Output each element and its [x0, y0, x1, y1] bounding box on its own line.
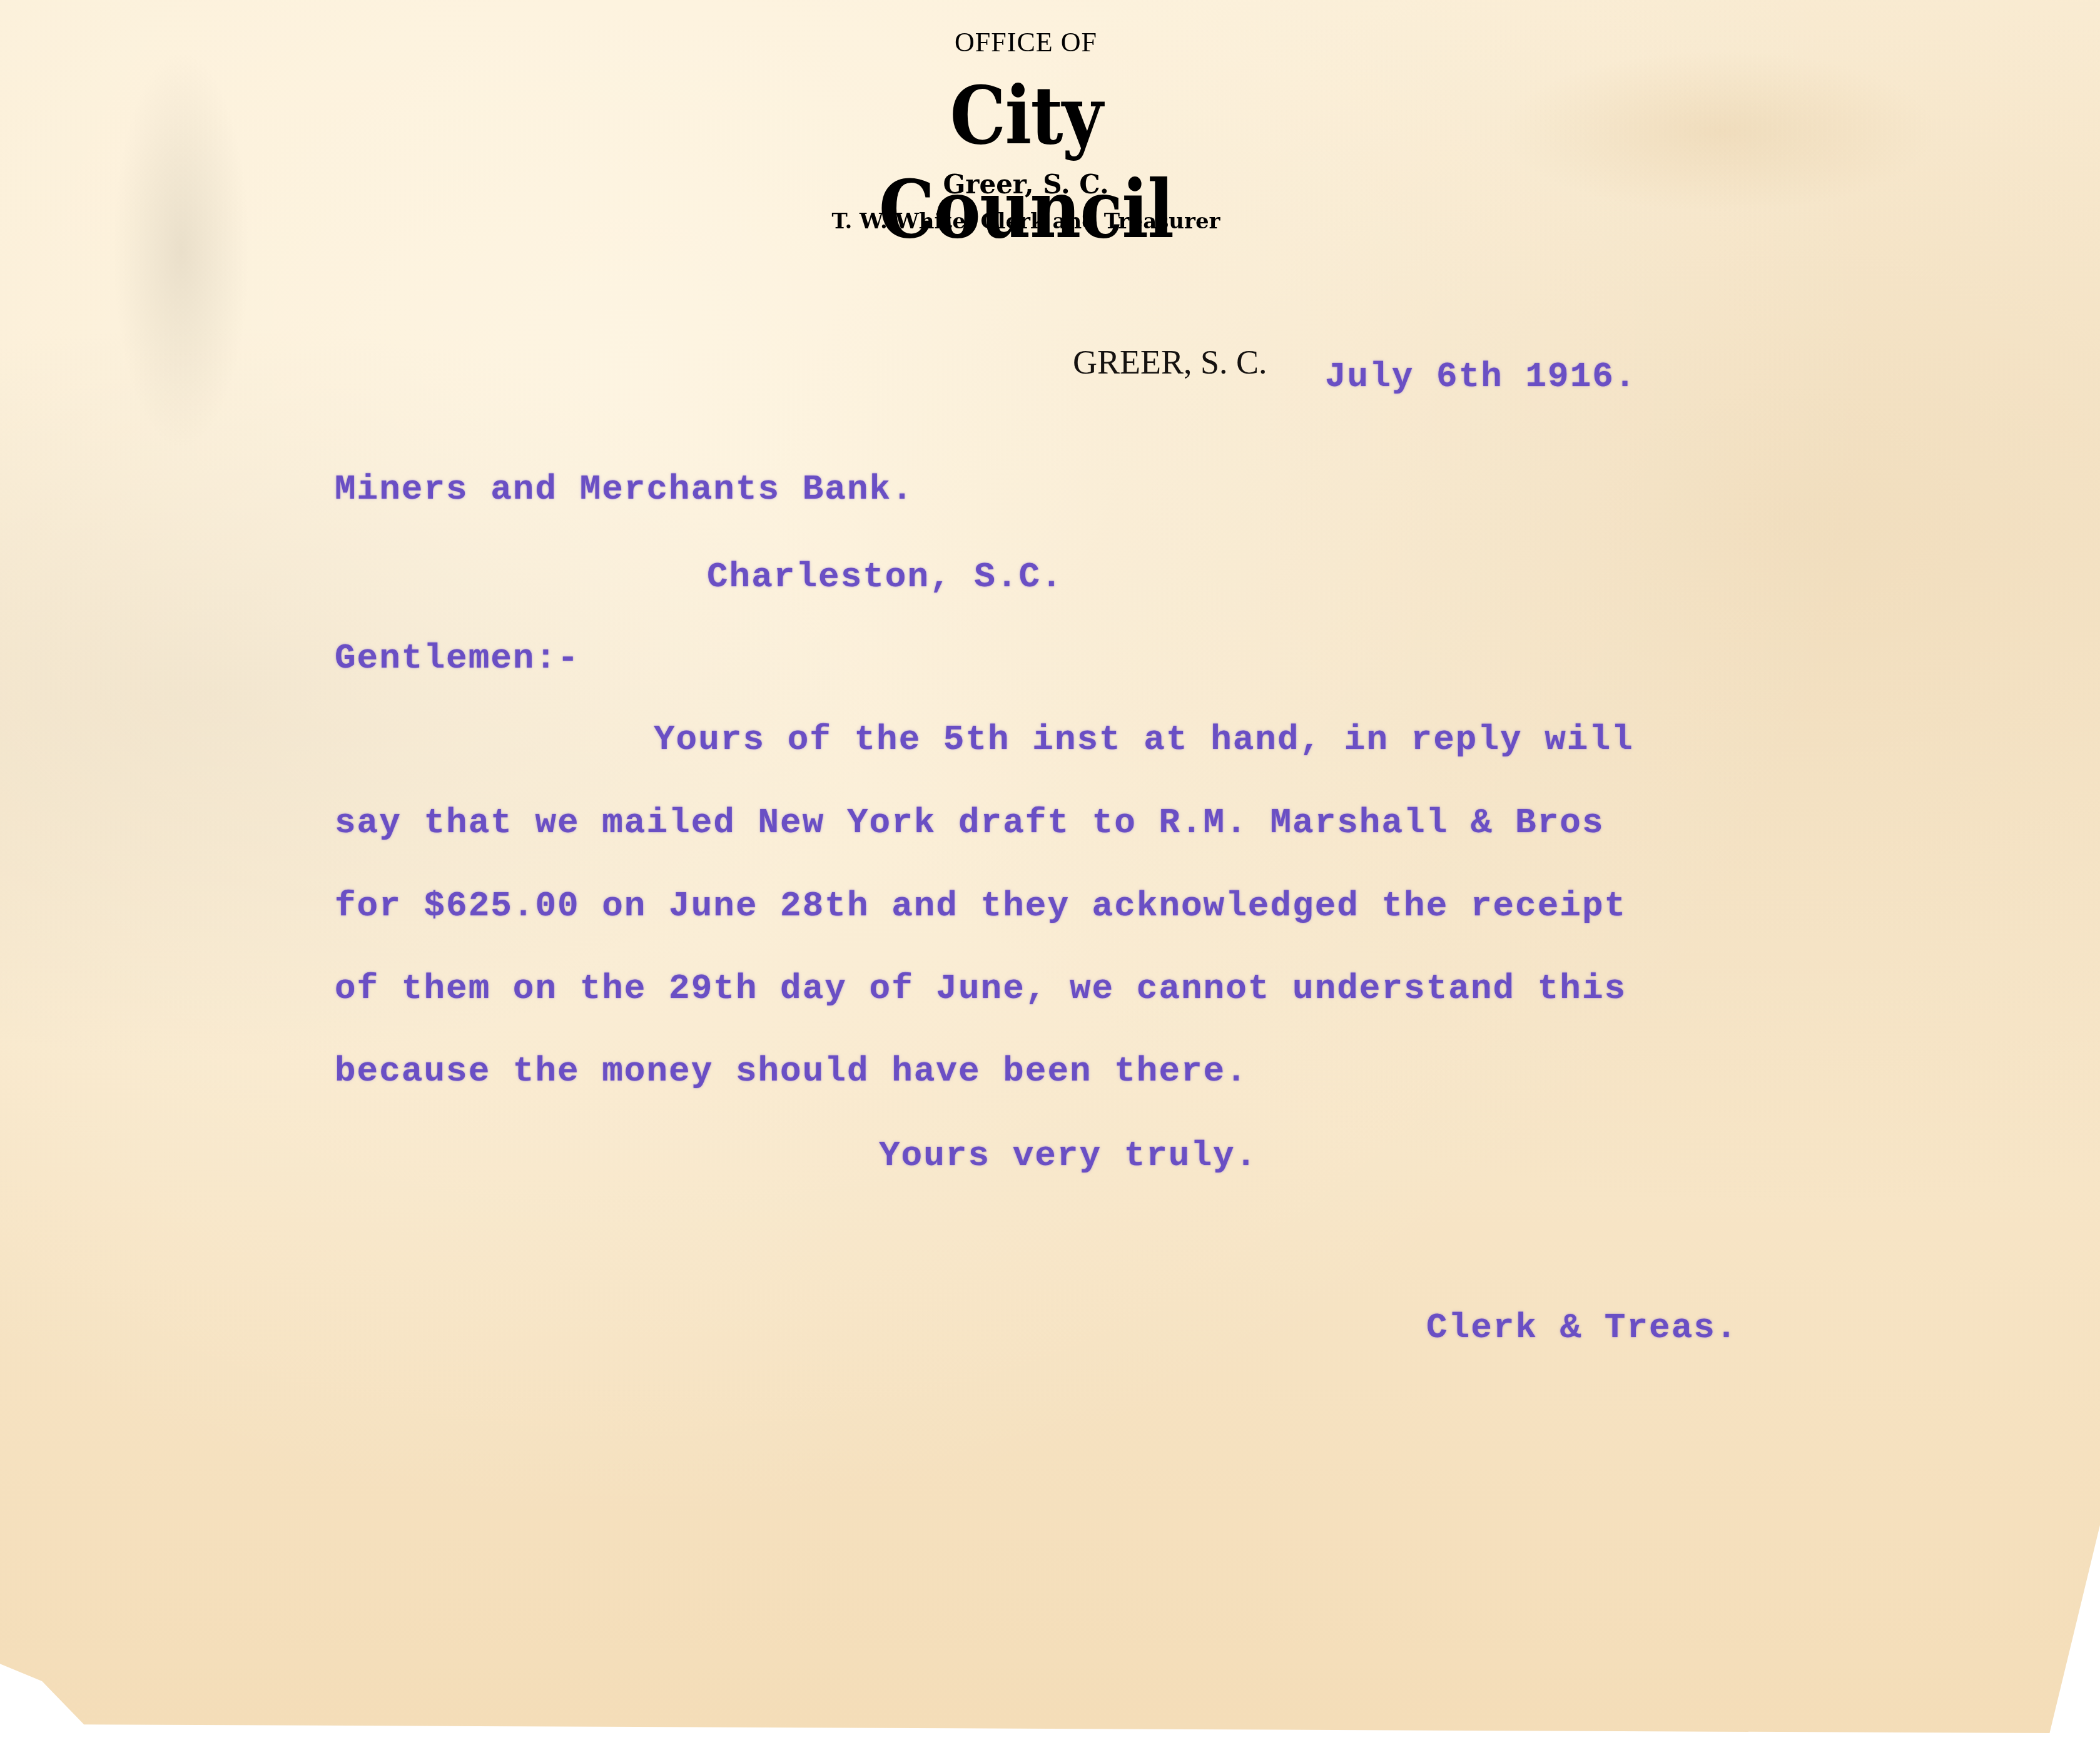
letterhead-city: Greer, S. C.	[901, 169, 1151, 200]
letterhead-place-line: GREER, S. C.	[1073, 343, 1267, 382]
letter-salutation: Gentlemen:-	[335, 638, 580, 678]
letter-body-line: because the money should have been there…	[335, 1051, 1248, 1091]
letter-paper	[0, 0, 2100, 1733]
letter-addressee: Miners and Merchants Bank.	[335, 469, 914, 509]
letter-body-line: say that we mailed New York draft to R.M…	[335, 803, 1605, 843]
letter-body-line: Yours of the 5th inst at hand, in reply …	[654, 720, 1634, 760]
letter-closing: Yours very truly.	[879, 1136, 1257, 1176]
paper-stain	[113, 50, 250, 450]
letterhead-office-of: OFFICE OF	[945, 26, 1107, 58]
letter-signature-title: Clerk & Treas.	[1426, 1308, 1738, 1348]
letter-body-line: for $625.00 on June 28th and they acknow…	[335, 886, 1626, 926]
letter-addressee-city: Charleston, S.C.	[707, 557, 1063, 597]
letter-date: July 6th 1916.	[1325, 357, 1636, 397]
letter-body-line: of them on the 29th day of June, we cann…	[335, 969, 1626, 1009]
letterhead-officer: T. W. White, Clerk and Treasurer	[801, 209, 1251, 234]
paper-stain	[1501, 50, 1939, 213]
